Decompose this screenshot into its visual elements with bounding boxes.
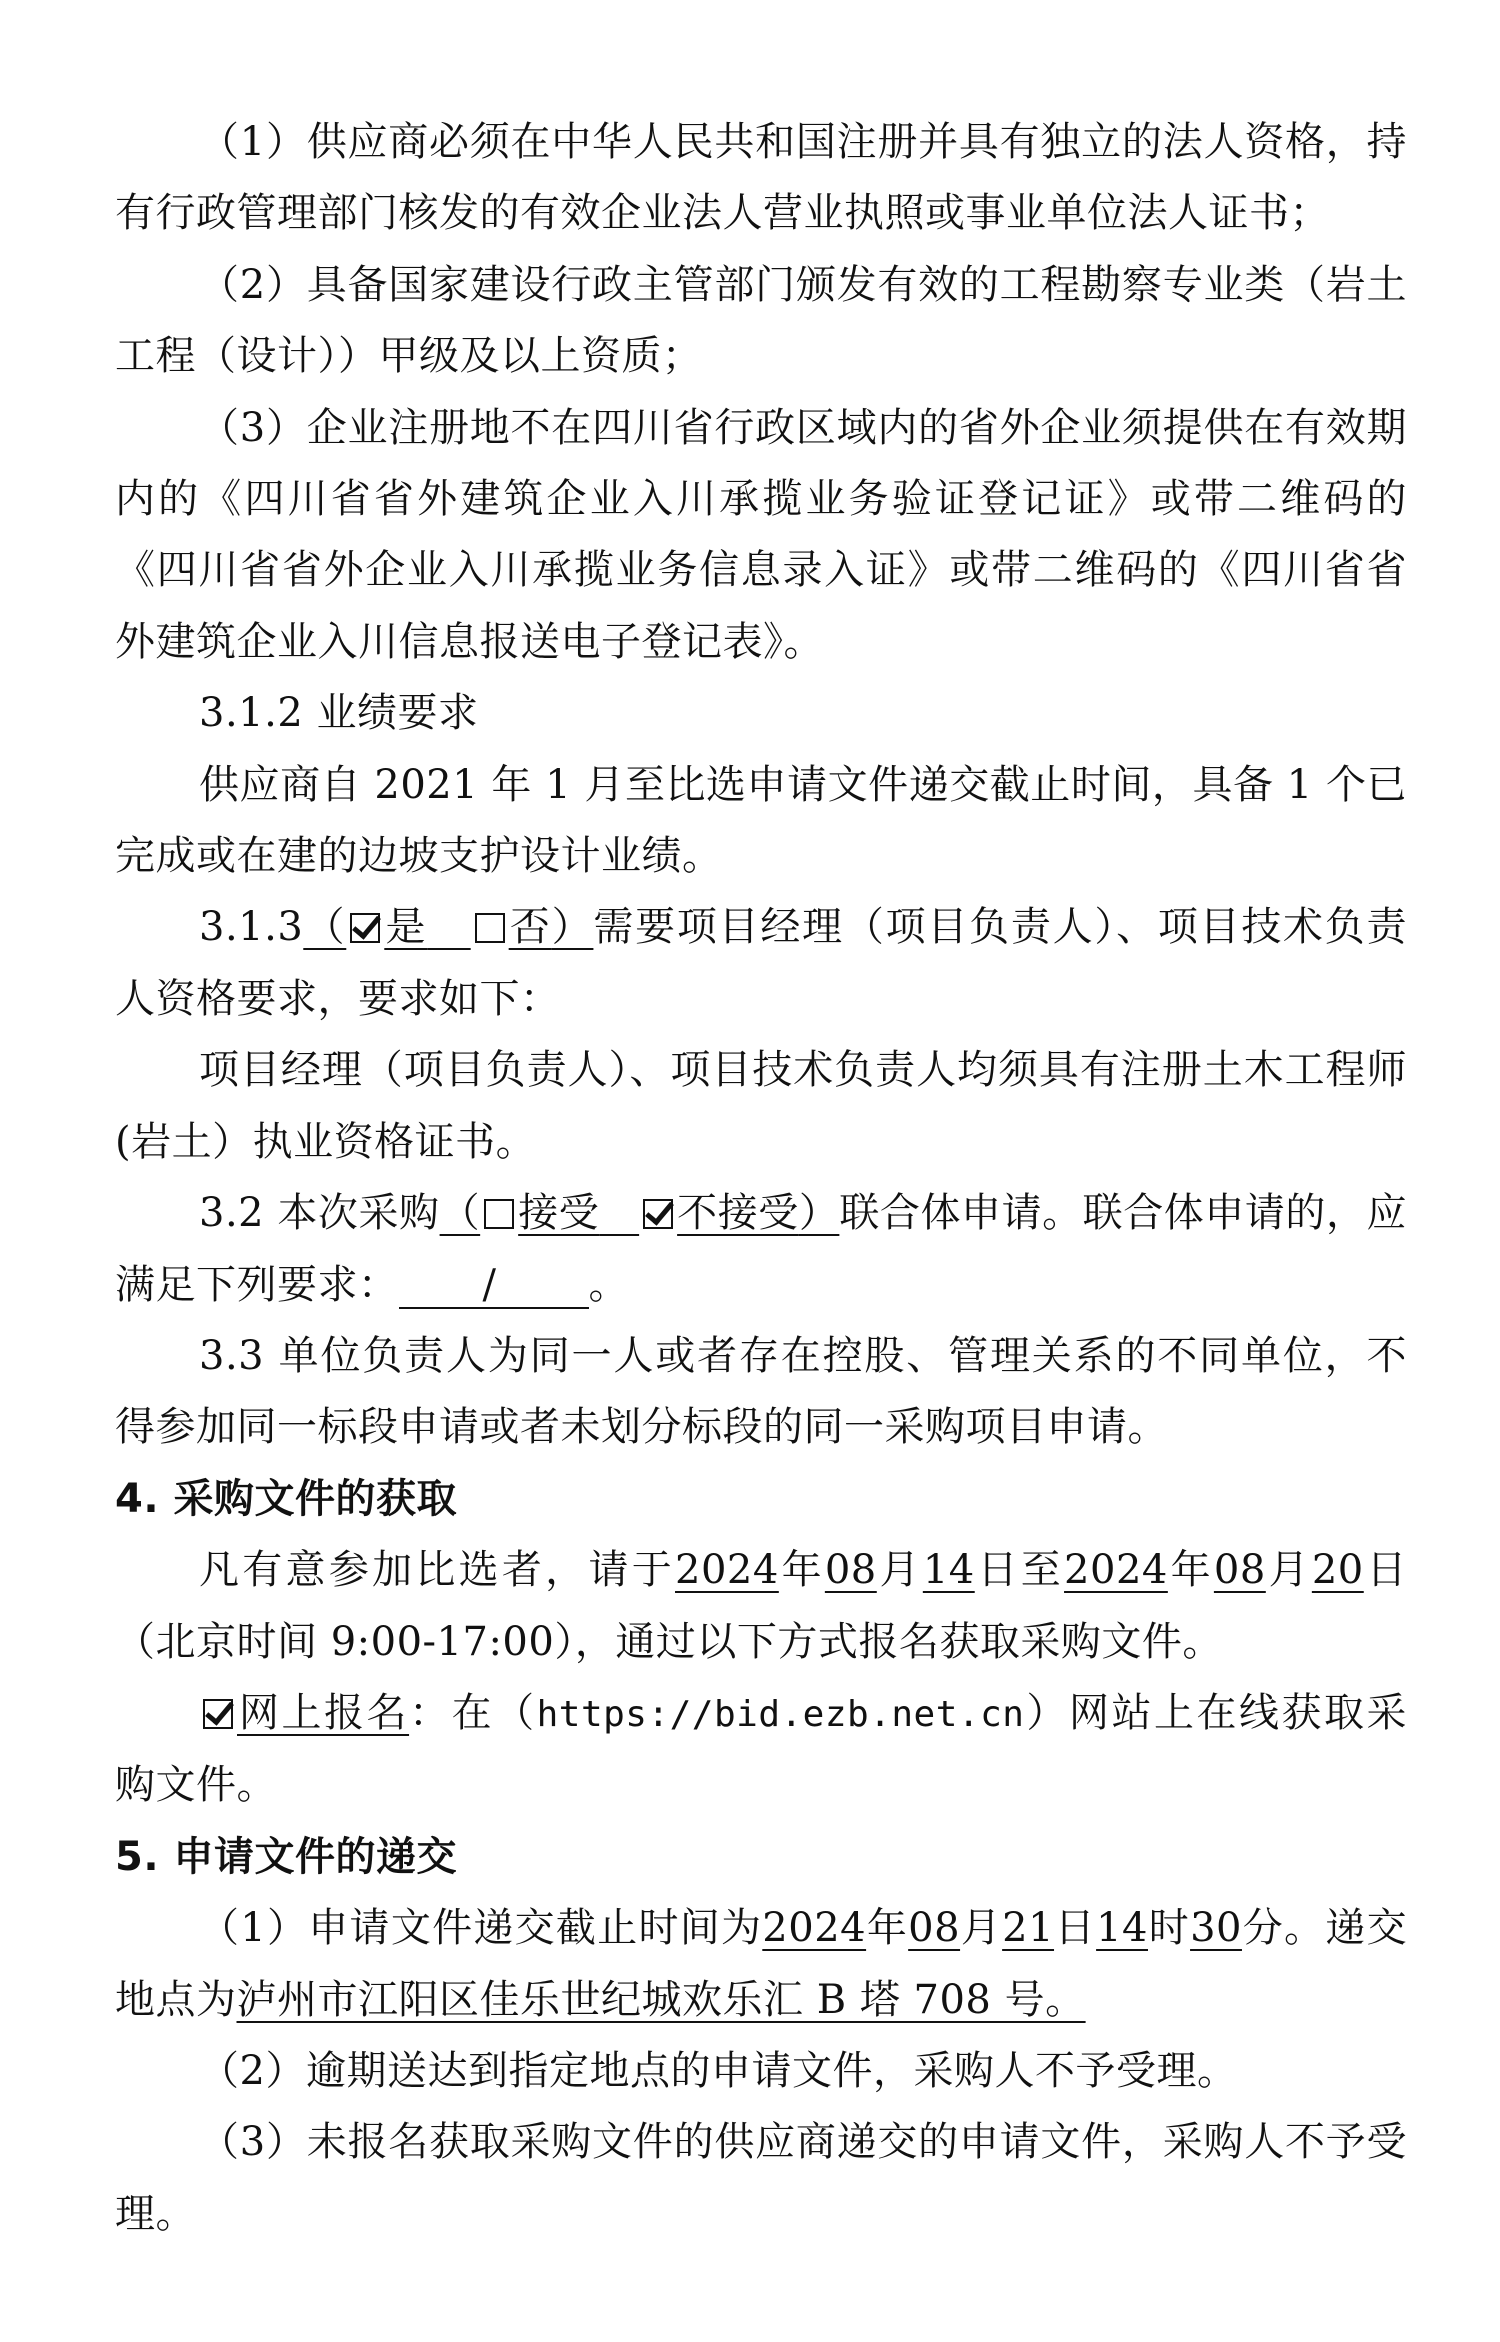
section-3-1-3-prefix: 3.1.3 — [199, 904, 303, 950]
late-submission-rule: （2）逾期送达到指定地点的申请文件，采购人不予受理。 — [115, 2036, 1407, 2107]
checkbox-accept-empty-icon[interactable] — [484, 1199, 514, 1229]
text: 日 — [1054, 1905, 1096, 1951]
text: 年 — [1168, 1547, 1214, 1593]
open-paren: （ — [303, 904, 346, 950]
section-3-1-2-title: 3.1.2 业绩要求 — [115, 678, 1407, 749]
document-page: （1）供应商必须在中华人民共和国注册并具有独立的法人资格，持有行政管理部门核发的… — [115, 107, 1407, 2250]
open-paren: （ — [440, 1190, 481, 1236]
text: 凡有意参加比选者，请于 — [199, 1547, 675, 1593]
start-day: 14 — [923, 1547, 975, 1593]
text: 月 — [877, 1547, 923, 1593]
unregistered-rule: （3）未报名获取采购文件的供应商递交的申请文件，采购人不予受理。 — [115, 2107, 1407, 2250]
checkbox-reject-checked-icon[interactable] — [643, 1199, 673, 1229]
text: ：在（ — [409, 1690, 537, 1736]
option-reject: 不接受 — [677, 1190, 799, 1236]
submission-deadline: （1）申请文件递交截止时间为2024年08月21日14时30分。递交地点为泸州市… — [115, 1893, 1407, 2036]
text: 日至 — [975, 1547, 1064, 1593]
option-yes: 是 — [384, 904, 427, 950]
text: 月 — [960, 1905, 1002, 1951]
text: 年 — [866, 1905, 908, 1951]
online-registration: 网上报名：在（https://bid.ezb.net.cn）网站上在线获取采购文… — [115, 1678, 1407, 1822]
consortium-choice: （接受 不接受） — [440, 1190, 840, 1236]
checkbox-no-empty-icon[interactable] — [475, 913, 505, 943]
section-3-2: 3.2 本次采购（接受 不接受）联合体申请。联合体申请的，应满足下列要求：/。 — [115, 1178, 1407, 1321]
online-registration-option: 网上报名 — [199, 1690, 409, 1736]
text: 年 — [779, 1547, 825, 1593]
consortium-requirements-blank: / — [399, 1263, 589, 1309]
text: 时 — [1148, 1905, 1190, 1951]
text: （1）申请文件递交截止时间为 — [199, 1905, 762, 1951]
section-3-1-3-body: 项目经理（项目负责人）、项目技术负责人均须具有注册土木工程师(岩土）执业资格证书… — [115, 1035, 1407, 1178]
section-3-1-2-body: 供应商自 2021 年 1 月至比选申请文件递交截止时间，具备 1 个已完成或在… — [115, 750, 1407, 893]
deadline-month: 08 — [908, 1905, 960, 1951]
section-3-3: 3.3 单位负责人为同一人或者存在控股、管理关系的不同单位，不得参加同一标段申请… — [115, 1321, 1407, 1464]
deadline-year: 2024 — [762, 1905, 866, 1951]
start-year: 2024 — [675, 1547, 779, 1593]
heading-5: 5. 申请文件的递交 — [115, 1822, 1407, 1893]
heading-4: 4. 采购文件的获取 — [115, 1464, 1407, 1535]
end-month: 08 — [1214, 1547, 1266, 1593]
start-month: 08 — [825, 1547, 877, 1593]
deadline-minute: 30 — [1190, 1905, 1242, 1951]
end-year: 2024 — [1064, 1547, 1168, 1593]
section-3-2-prefix: 3.2 本次采购 — [199, 1190, 440, 1236]
section-3-1-3: 3.1.3（是 否）需要项目经理（项目负责人）、项目技术负责人资格要求，要求如下… — [115, 892, 1407, 1035]
qualification-2: （2）具备国家建设行政主管部门颁发有效的工程勘察专业类（岩土工程（设计））甲级及… — [115, 250, 1407, 393]
deadline-day: 21 — [1002, 1905, 1054, 1951]
option-no: 否 — [509, 904, 552, 950]
deadline-hour: 14 — [1096, 1905, 1148, 1951]
option-accept: 接受 — [518, 1190, 599, 1236]
text: 月 — [1266, 1547, 1312, 1593]
end-day: 20 — [1312, 1547, 1364, 1593]
close-paren: ） — [799, 1190, 840, 1236]
online-registration-label: 网上报名 — [237, 1690, 409, 1736]
qualification-3: （3）企业注册地不在四川省行政区域内的省外企业须提供在有效期内的《四川省省外建筑… — [115, 393, 1407, 679]
registration-url-link[interactable]: https://bid.ezb.net.cn — [537, 1694, 1025, 1735]
qualification-1: （1）供应商必须在中华人民共和国注册并具有独立的法人资格，持有行政管理部门核发的… — [115, 107, 1407, 250]
submission-address: 泸州市江阳区佳乐世纪城欢乐汇 B 塔 708 号。 — [237, 1977, 1086, 2023]
checkbox-yes-checked-icon[interactable] — [350, 913, 380, 943]
checkbox-online-checked-icon[interactable] — [203, 1699, 233, 1729]
period: 。 — [589, 1262, 630, 1308]
close-paren: ） — [552, 904, 594, 950]
yes-no-choice: （是 否） — [303, 904, 593, 950]
section-4-body: 凡有意参加比选者，请于2024年08月14日至2024年08月20日（北京时间 … — [115, 1535, 1407, 1678]
